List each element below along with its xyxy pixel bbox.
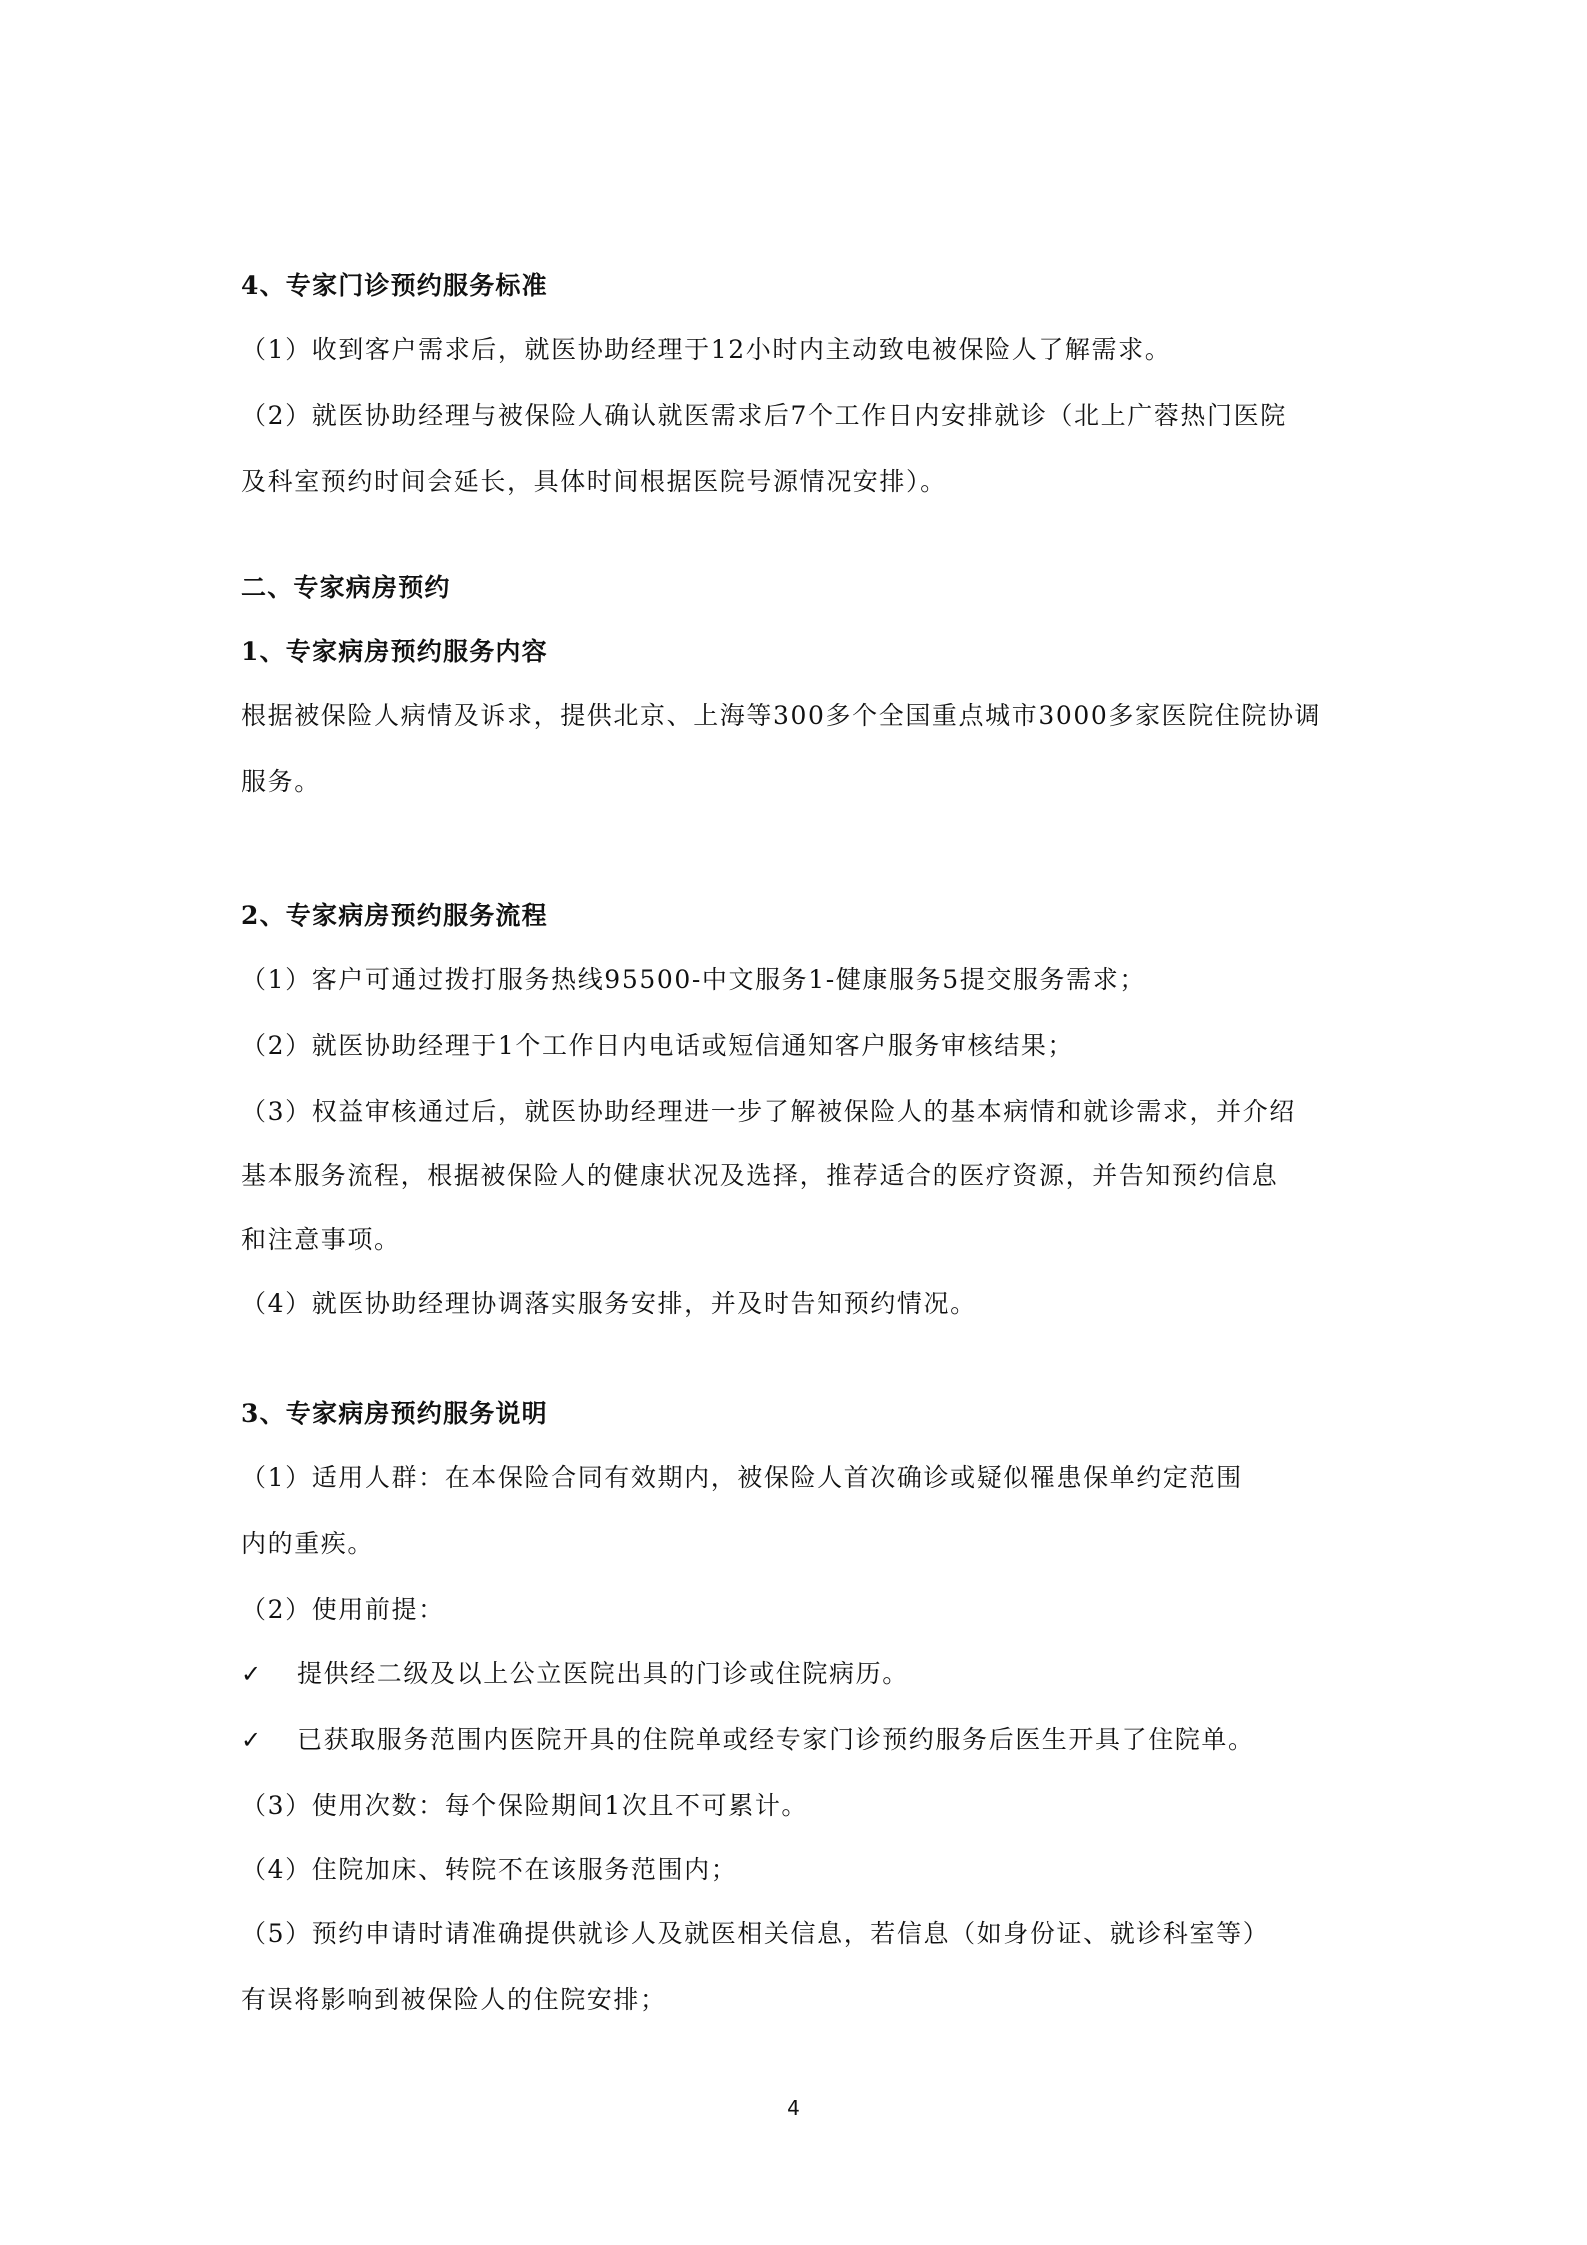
section-heading-ward-process: 2、专家病房预约服务流程 <box>241 900 1351 932</box>
paragraph: 服务。 <box>241 766 1351 798</box>
paragraph: （1）收到客户需求后，就医协助经理于12小时内主动致电被保险人了解需求。 <box>241 334 1351 366</box>
checklist-text: 提供经二级及以上公立医院出具的门诊或住院病历。 <box>297 1659 909 1688</box>
paragraph: （4）就医协助经理协调落实服务安排，并及时告知预约情况。 <box>241 1288 1351 1320</box>
paragraph: 有误将影响到被保险人的住院安排； <box>241 1984 1351 2016</box>
paragraph: 和注意事项。 <box>241 1224 1351 1256</box>
checklist-text: 已获取服务范围内医院开具的住院单或经专家门诊预约服务后医生开具了住院单。 <box>297 1725 1255 1754</box>
page-number: 4 <box>0 2096 1587 2120</box>
document-page: 4、专家门诊预约服务标准 （1）收到客户需求后，就医协助经理于12小时内主动致电… <box>0 0 1587 2245</box>
paragraph: 基本服务流程，根据被保险人的健康状况及选择，推荐适合的医疗资源，并告知预约信息 <box>241 1160 1351 1192</box>
section-heading-ward-content: 1、专家病房预约服务内容 <box>241 636 1351 668</box>
paragraph: （1）适用人群：在本保险合同有效期内，被保险人首次确诊或疑似罹患保单约定范围 <box>241 1462 1351 1494</box>
paragraph: （1）客户可通过拨打服务热线95500-中文服务1-健康服务5提交服务需求； <box>241 964 1351 996</box>
checkmark-icon: ✓ <box>241 1724 297 1756</box>
paragraph: 及科室预约时间会延长，具体时间根据医院号源情况安排）。 <box>241 466 1351 498</box>
checklist-item: ✓已获取服务范围内医院开具的住院单或经专家门诊预约服务后医生开具了住院单。 <box>241 1724 1351 1756</box>
paragraph: （2）就医协助经理与被保险人确认就医需求后7个工作日内安排就诊（北上广蓉热门医院 <box>241 400 1351 432</box>
paragraph: 内的重疾。 <box>241 1528 1351 1560</box>
paragraph: （2）使用前提： <box>241 1594 1351 1626</box>
paragraph: （2）就医协助经理于1个工作日内电话或短信通知客户服务审核结果； <box>241 1030 1351 1062</box>
section-heading-outpatient-standard: 4、专家门诊预约服务标准 <box>241 270 1351 302</box>
paragraph: （3）使用次数：每个保险期间1次且不可累计。 <box>241 1790 1351 1822</box>
section-heading-ward-notes: 3、专家病房预约服务说明 <box>241 1398 1351 1430</box>
part-heading-ward-booking: 二、专家病房预约 <box>241 572 1351 604</box>
checkmark-icon: ✓ <box>241 1658 297 1690</box>
paragraph: （4）住院加床、转院不在该服务范围内； <box>241 1854 1351 1886</box>
paragraph: （3）权益审核通过后，就医协助经理进一步了解被保险人的基本病情和就诊需求，并介绍 <box>241 1096 1351 1128</box>
paragraph: （5）预约申请时请准确提供就诊人及就医相关信息，若信息（如身份证、就诊科室等） <box>241 1918 1351 1950</box>
checklist-item: ✓提供经二级及以上公立医院出具的门诊或住院病历。 <box>241 1658 1351 1690</box>
paragraph: 根据被保险人病情及诉求，提供北京、上海等300多个全国重点城市3000多家医院住… <box>241 700 1351 732</box>
